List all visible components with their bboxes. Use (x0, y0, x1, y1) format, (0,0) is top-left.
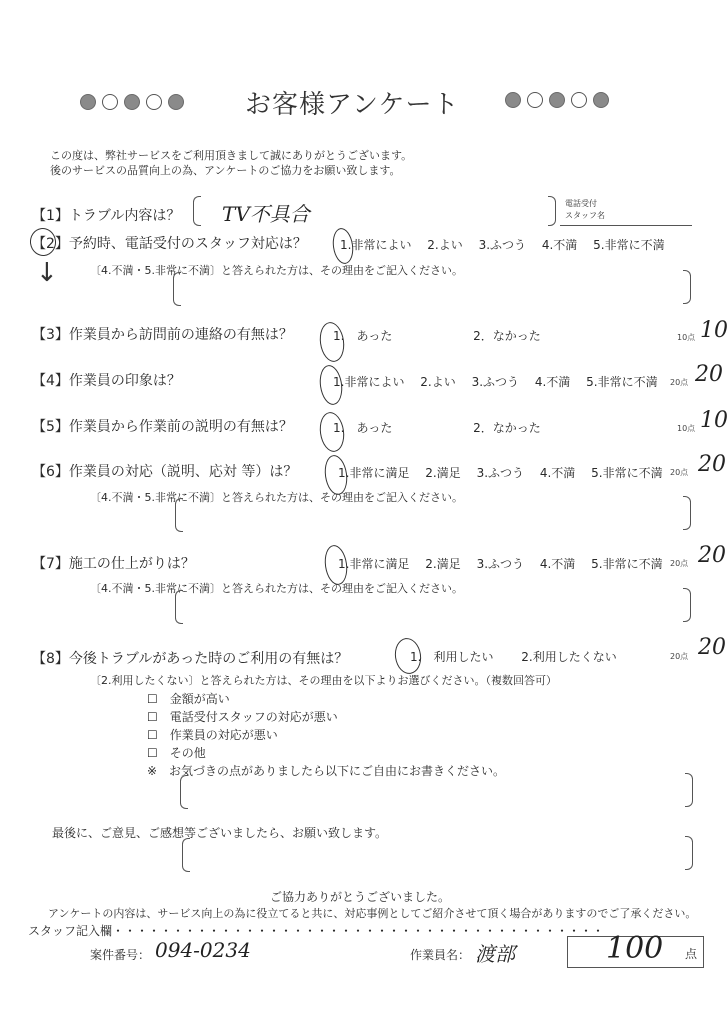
score-value: 20 (698, 543, 726, 568)
option-4[interactable]: 4.不満 (540, 557, 575, 571)
intro-line-1: この度は、弊社サービスをご利用頂きまして誠にありがとうございます。 (50, 148, 412, 163)
comment-bracket-right (685, 773, 693, 807)
intro-text: この度は、弊社サービスをご利用頂きまして誠にありがとうございます。 後のサービス… (50, 148, 412, 178)
question-8: 【8】今後トラブルがあった時のご利用の有無は？ (32, 648, 348, 668)
checkbox-icon[interactable]: ☐ (147, 710, 158, 724)
q6-options: 1.非常に満足 2.満足 3.ふつう 4.不満 5.非常に不満 (338, 464, 673, 481)
reason-prompt: 〔4.不満・5.非常に不満〕と答えられた方は、その理由をご記入ください。 (90, 489, 463, 505)
question-text: 作業員の対応（説明、応対 等）は？ (69, 464, 297, 480)
question-text: 作業員の印象は？ (69, 373, 181, 389)
option-3[interactable]: 3.ふつう (479, 238, 526, 252)
option-3[interactable]: 3.ふつう (477, 466, 524, 480)
score-value: 10 (700, 408, 728, 433)
checkbox-label: 作業員の対応が悪い (170, 728, 278, 742)
q7-options: 1.非常に満足 2.満足 3.ふつう 4.不満 5.非常に不満 (338, 555, 673, 572)
selected-circle-mark (393, 636, 424, 675)
thanks-text: ご協力ありがとうございました。 (270, 888, 450, 905)
reason-prompt: 〔4.不満・5.非常に不満〕と答えられた方は、その理由をご記入ください。 (90, 262, 463, 278)
dot-icon (102, 94, 118, 110)
question-text: 作業員から作業前の説明の有無は？ (69, 419, 293, 435)
option-2[interactable]: 2．なかった (473, 329, 541, 343)
question-number: 【7】 (32, 556, 69, 572)
question-text: 作業員から訪問前の連絡の有無は？ (69, 327, 293, 343)
checkbox-item[interactable]: ☐ その他 (147, 744, 206, 761)
case-number-label: 案件番号： (90, 946, 150, 963)
case-number-value[interactable]: 094-0234 (155, 938, 251, 962)
phone-staff-line1: 電話受付 (565, 198, 605, 210)
final-prompt: 最後に、ご意見、ご感想等ございましたら、お願い致します。 (52, 824, 387, 841)
option-2[interactable]: 2.満足 (425, 466, 460, 480)
option-3[interactable]: 3.ふつう (477, 557, 524, 571)
reason-bracket-right (683, 588, 691, 622)
q8-followup-prompt: 〔2.利用したくない〕と答えられた方は、その理由を以下よりお選びください。（複数… (90, 672, 557, 688)
reason-bracket-right (683, 270, 691, 304)
question-number: 【8】 (32, 651, 69, 667)
question-number: 【5】 (32, 419, 69, 435)
checkbox-label: その他 (170, 746, 206, 760)
question-text: 予約時、電話受付のスタッフ対応は？ (69, 236, 307, 252)
dot-icon (168, 94, 184, 110)
points-label: 20点 (670, 467, 688, 478)
final-bracket-left (182, 838, 190, 872)
option-4[interactable]: 4.不満 (540, 466, 575, 480)
answer-bracket-right (548, 196, 556, 226)
points-label: 20点 (670, 558, 688, 569)
q2-options: 1.非常によい 2.よい 3.ふつう 4.不満 5.非常に不満 (340, 236, 675, 253)
option-5[interactable]: 5.非常に不満 (593, 238, 664, 252)
dot-icon (527, 92, 543, 108)
option-1[interactable]: 1. 利用したい (410, 650, 493, 664)
checkbox-icon[interactable]: ☐ (147, 728, 158, 742)
points-label: 10点 (677, 332, 695, 343)
staff-name-underline (560, 225, 692, 226)
score-value: 20 (698, 452, 726, 477)
dot-icon (571, 92, 587, 108)
worker-name-label: 作業員名： (410, 946, 470, 963)
option-1[interactable]: 1.非常によい (333, 375, 404, 389)
checkbox-item[interactable]: ☐ 金額が高い (147, 690, 230, 707)
q8-options: 1. 利用したい 2.利用したくない (410, 648, 627, 665)
selected-circle-mark (317, 411, 346, 454)
score-value: 10 (700, 318, 728, 343)
question-4: 【4】作業員の印象は？ (32, 370, 181, 390)
question-1: 【1】トラブル内容は？ (32, 205, 180, 225)
option-2[interactable]: 2．なかった (473, 421, 541, 435)
dot-icon (124, 94, 140, 110)
question-text: 今後トラブルがあった時のご利用の有無は？ (69, 651, 348, 667)
reason-bracket-left (173, 272, 181, 306)
points-label: 20点 (670, 377, 688, 388)
staff-section-label: スタッフ記入欄・・・・・・・・・・・・・・・・・・・・・・・・・・・・・・・・・… (28, 922, 604, 939)
decorative-dots-right (505, 92, 609, 108)
question-7: 【7】施工の仕上がりは？ (32, 553, 195, 573)
dot-icon (549, 92, 565, 108)
q5-options: 1. あった 2．なかった (333, 419, 551, 436)
option-1[interactable]: 1.非常に満足 (338, 466, 409, 480)
reason-prompt: 〔4.不満・5.非常に不満〕と答えられた方は、その理由をご記入ください。 (90, 580, 463, 596)
question-number: 【1】 (32, 208, 69, 224)
checkbox-item[interactable]: ☐ 電話受付スタッフの対応が悪い (147, 708, 338, 725)
checkbox-label: 電話受付スタッフの対応が悪い (170, 710, 338, 724)
dot-icon (593, 92, 609, 108)
question-number: 【3】 (32, 327, 69, 343)
reason-bracket-right (683, 496, 691, 530)
hand-arrow-down-icon: ↓ (36, 258, 58, 288)
question-2: 【2】予約時、電話受付のスタッフ対応は？ (32, 233, 307, 253)
free-comment-note: ※ お気づきの点がありましたら以下にご自由にお書きください。 (147, 762, 505, 779)
selected-circle-mark (331, 227, 356, 265)
answer-bracket-left (193, 196, 201, 226)
option-1[interactable]: 1.非常に満足 (338, 557, 409, 571)
phone-staff-line2: スタッフ名 (565, 210, 605, 222)
dot-icon (146, 94, 162, 110)
disclaimer-text: アンケートの内容は、サービス向上の為に役立てると共に、対応事例としてご紹介させて… (48, 905, 696, 921)
option-5[interactable]: 5.非常に不満 (591, 557, 662, 571)
final-bracket-right (685, 836, 693, 870)
worker-name-value[interactable]: 渡部 (475, 938, 515, 967)
total-score-value[interactable]: 100 (606, 931, 663, 966)
question-number: 【4】 (32, 373, 69, 389)
checkbox-icon[interactable]: ☐ (147, 692, 158, 706)
points-label: 20点 (670, 651, 688, 662)
points-unit: 点 (685, 945, 697, 962)
question-text: トラブル内容は？ (69, 208, 180, 224)
checkbox-label: 金額が高い (170, 692, 230, 706)
decorative-dots-left (80, 94, 184, 110)
option-5[interactable]: 5.非常に不満 (586, 375, 657, 389)
score-value: 20 (695, 362, 723, 387)
dot-icon (505, 92, 521, 108)
question-3: 【3】作業員から訪問前の連絡の有無は？ (32, 324, 293, 344)
option-4[interactable]: 4.不満 (535, 375, 570, 389)
reason-bracket-left (175, 590, 183, 624)
dot-icon (80, 94, 96, 110)
question-text: 施工の仕上がりは？ (69, 556, 195, 572)
question-number: 【6】 (32, 464, 69, 480)
score-value: 20 (698, 635, 726, 660)
q3-options: 1. あった 2．なかった (333, 327, 551, 344)
option-2[interactable]: 2.よい (420, 375, 455, 389)
comment-bracket-left (180, 775, 188, 809)
option-2[interactable]: 2.満足 (425, 557, 460, 571)
total-score-box: 100 点 (567, 936, 704, 968)
page-title: お客様アンケート (245, 84, 459, 121)
intro-line-2: 後のサービスの品質向上の為、アンケートのご協力をお願い致します。 (50, 163, 412, 178)
checkbox-item[interactable]: ☐ 作業員の対応が悪い (147, 726, 278, 743)
option-4[interactable]: 4.不満 (542, 238, 577, 252)
option-2[interactable]: 2.利用したくない (521, 650, 616, 664)
selected-circle-mark (317, 364, 344, 407)
option-5[interactable]: 5.非常に不満 (591, 466, 662, 480)
option-2[interactable]: 2.よい (427, 238, 462, 252)
q4-options: 1.非常によい 2.よい 3.ふつう 4.不満 5.非常に不満 (333, 373, 668, 390)
question-6: 【6】作業員の対応（説明、応対 等）は？ (32, 461, 297, 481)
checkbox-icon[interactable]: ☐ (147, 746, 158, 760)
option-3[interactable]: 3.ふつう (472, 375, 519, 389)
question-5: 【5】作業員から作業前の説明の有無は？ (32, 416, 293, 436)
points-label: 10点 (677, 423, 695, 434)
reason-bracket-left (175, 498, 183, 532)
phone-staff-label: 電話受付 スタッフ名 (565, 198, 605, 222)
trouble-answer[interactable]: TV不具合 (222, 198, 310, 227)
